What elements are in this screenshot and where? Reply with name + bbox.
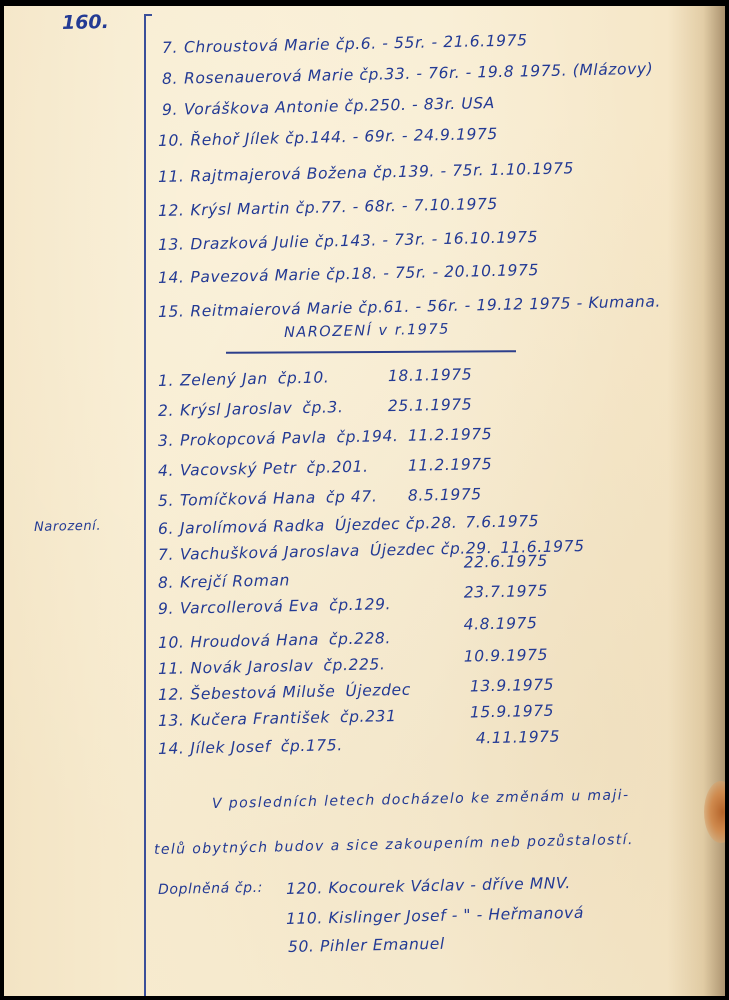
birth-entry: 5.Tomíčková Hanačp 47.8.5.1975 xyxy=(158,487,386,510)
birth-entry: 6.Jarolímová RadkaÚjezdec čp.28.7.6.1975 xyxy=(158,512,540,538)
paragraph-line-2: telů obytných budov a sice zakoupením ne… xyxy=(154,832,634,858)
heading-underline xyxy=(226,350,516,353)
paragraph-line-1: V posledních letech docházelo ke změnám … xyxy=(212,787,630,812)
stain-mark xyxy=(704,781,725,843)
entry-name: Krejčí Roman xyxy=(180,571,290,591)
entry-name: Vachušková Jaroslava xyxy=(180,542,360,564)
entry-name: Novák Jaroslav xyxy=(190,657,313,678)
entry-number: 11. xyxy=(158,659,185,678)
birth-entry: 9.Varcollerová Evačp.129.23.7.1975 xyxy=(158,595,399,618)
entry-house-number: čp.175. xyxy=(281,736,343,755)
death-entry: 14.Pavezová Marie čp.18. - 75r. - 20.10.… xyxy=(158,261,539,287)
entry-name: Jarolímová Radka xyxy=(180,517,325,538)
entry-number: 13. xyxy=(158,235,185,254)
house-number: 120. xyxy=(286,879,323,898)
entry-text: Rosenauerová Marie čp.33. - 76r. - 19.8 … xyxy=(184,60,654,88)
death-entry: 8.Rosenauerová Marie čp.33. - 76r. - 19.… xyxy=(162,60,654,88)
entry-number: 15. xyxy=(158,302,185,321)
entry-number: 4. xyxy=(158,462,174,480)
entry-name: Hroudová Hana xyxy=(190,631,319,652)
entry-name: Kučera František xyxy=(190,708,330,729)
death-entry: 7.Chroustová Marie čp.6. - 55r. - 21.6.1… xyxy=(162,31,528,57)
birth-entry: 3.Prokopcová Pavlačp.194.11.2.1975 xyxy=(158,427,407,450)
owner-text: Kocourek Václav - dříve MNV. xyxy=(328,874,571,897)
entry-number: 7. xyxy=(162,39,178,57)
page-number: 160. xyxy=(62,11,109,34)
entry-date: 7.6.1975 xyxy=(465,512,539,532)
birth-entry: 10.Hroudová Hanačp.228.4.8.1975 xyxy=(158,629,399,652)
entry-number: 12. xyxy=(158,201,185,220)
entry-date: 8.5.1975 xyxy=(408,485,482,505)
entry-date: 23.7.1975 xyxy=(464,582,549,602)
document-page: 160. Narození. 7.Chroustová Marie čp.6. … xyxy=(4,6,725,996)
entry-name: Jílek Josef xyxy=(190,738,271,758)
entry-number: 9. xyxy=(158,600,174,618)
entry-number: 10. xyxy=(158,131,185,150)
death-entry: 15.Reitmaierová Marie čp.61. - 56r. - 19… xyxy=(158,292,661,321)
entry-date: 11.2.1975 xyxy=(408,425,493,445)
birth-entry: 2.Krýsl Jaroslavčp.3.25.1.1975 xyxy=(158,398,352,420)
entry-text: Chroustová Marie čp.6. - 55r. - 21.6.197… xyxy=(184,31,528,56)
entry-house-number: čp 47. xyxy=(326,487,378,506)
birth-entry: 13.Kučera Františekčp.23115.9.1975 xyxy=(158,707,405,730)
entry-number: 9. xyxy=(162,101,178,119)
owner-text: Kislinger Josef - " - Heřmanová xyxy=(328,904,584,927)
entry-number: 2. xyxy=(158,402,174,420)
supplement-item: 110. Kislinger Josef - " - Heřmanová xyxy=(286,904,584,928)
entry-text: Voráškova Antonie čp.250. - 83r. USA xyxy=(184,94,495,119)
house-number: 50. xyxy=(288,937,315,956)
birth-entry: 4.Vacovský Petrčp.201.11.2.1975 xyxy=(158,457,377,480)
entry-number: 13. xyxy=(158,711,185,730)
births-heading: NAROZENÍ v r.1975 xyxy=(284,322,450,341)
entry-house-number: čp.228. xyxy=(329,629,391,648)
entry-name: Šebestová Miluše xyxy=(190,682,335,703)
entry-number: 12. xyxy=(158,685,185,704)
entry-house-number: Újezdec čp.28. xyxy=(335,514,458,535)
entry-house-number: čp.231 xyxy=(340,707,397,726)
entry-name: Krýsl Jaroslav xyxy=(180,399,293,419)
entry-number: 5. xyxy=(158,492,174,510)
entry-number: 7. xyxy=(158,546,174,564)
entry-date: 22.6.1975 xyxy=(463,552,548,572)
entry-date: 10.9.1975 xyxy=(464,646,549,666)
entry-date: 4.11.1975 xyxy=(476,728,561,748)
entry-house-number: Újezdec xyxy=(345,681,411,700)
death-entry: 13.Drazková Julie čp.143. - 73r. - 16.10… xyxy=(158,228,538,254)
entry-text: Reitmaierová Marie čp.61. - 56r. - 19.12… xyxy=(190,292,661,320)
side-label-births: Narození. xyxy=(34,519,102,535)
death-entry: 11.Rajtmajerová Božena čp.139. - 75r. 1.… xyxy=(158,159,574,186)
entry-number: 14. xyxy=(158,268,185,287)
birth-entry: 14.Jílek Josefčp.175.4.11.1975 xyxy=(158,736,351,758)
supplement-label: Doplněná čp.: xyxy=(158,880,263,898)
entry-house-number: čp.201. xyxy=(306,458,368,477)
entry-date: 18.1.1975 xyxy=(388,365,473,385)
entry-name: Vacovský Petr xyxy=(180,459,297,479)
entry-number: 6. xyxy=(158,520,174,538)
entry-text: Pavezová Marie čp.18. - 75r. - 20.10.197… xyxy=(190,261,539,286)
entry-date: 13.9.1975 xyxy=(470,676,555,696)
margin-rule-hook xyxy=(144,14,152,16)
birth-entry: 11.Novák Jaroslavčp.225.10.9.1975 xyxy=(158,655,394,678)
entry-house-number: čp.3. xyxy=(302,398,343,417)
birth-entry: 12.Šebestová MilušeÚjezdec13.9.1975 xyxy=(158,681,419,704)
entry-number: 11. xyxy=(158,167,185,186)
entry-name: Zelený Jan xyxy=(180,370,268,390)
margin-rule xyxy=(144,14,146,996)
entry-house-number: čp.194. xyxy=(336,427,398,446)
entry-house-number: čp.225. xyxy=(323,655,385,674)
entry-text: Drazková Julie čp.143. - 73r. - 16.10.19… xyxy=(190,228,538,253)
entry-number: 10. xyxy=(158,633,185,652)
owner-text: Pihler Emanuel xyxy=(320,935,445,956)
entry-number: 8. xyxy=(162,70,178,88)
birth-entry: 8.Krejčí Roman22.6.1975 xyxy=(158,571,308,592)
supplement-item: 50. Pihler Emanuel xyxy=(288,935,445,956)
entry-date: 25.1.1975 xyxy=(388,395,473,415)
entry-number: 1. xyxy=(158,372,174,390)
entry-house-number: čp.129. xyxy=(329,595,391,614)
entry-date: 4.8.1975 xyxy=(463,614,537,634)
entry-number: 8. xyxy=(158,574,174,592)
death-entry: 12.Krýsl Martin čp.77. - 68r. - 7.10.197… xyxy=(158,195,498,220)
entry-name: Tomíčková Hana xyxy=(180,489,316,510)
entry-date: 11.2.1975 xyxy=(408,455,493,475)
entry-number: 3. xyxy=(158,432,174,450)
entry-text: Krýsl Martin čp.77. - 68r. - 7.10.1975 xyxy=(190,195,498,219)
entry-date: 15.9.1975 xyxy=(470,702,555,722)
death-entry: 9.Voráškova Antonie čp.250. - 83r. USA xyxy=(162,94,495,119)
entry-name: Varcollerová Eva xyxy=(180,597,320,618)
supplement-item: 120. Kocourek Václav - dříve MNV. xyxy=(286,874,571,898)
entry-text: Rajtmajerová Božena čp.139. - 75r. 1.10.… xyxy=(190,159,574,185)
birth-entry: 1.Zelený Jančp.10.18.1.1975 xyxy=(158,368,338,390)
death-entry: 10.Řehoř Jílek čp.144. - 69r. - 24.9.197… xyxy=(158,125,498,150)
house-number: 110. xyxy=(286,909,323,928)
entry-number: 14. xyxy=(158,739,185,758)
entry-house-number: čp.10. xyxy=(278,368,330,387)
entry-text: Řehoř Jílek čp.144. - 69r. - 24.9.1975 xyxy=(190,125,498,149)
entry-name: Prokopcová Pavla xyxy=(180,428,327,449)
